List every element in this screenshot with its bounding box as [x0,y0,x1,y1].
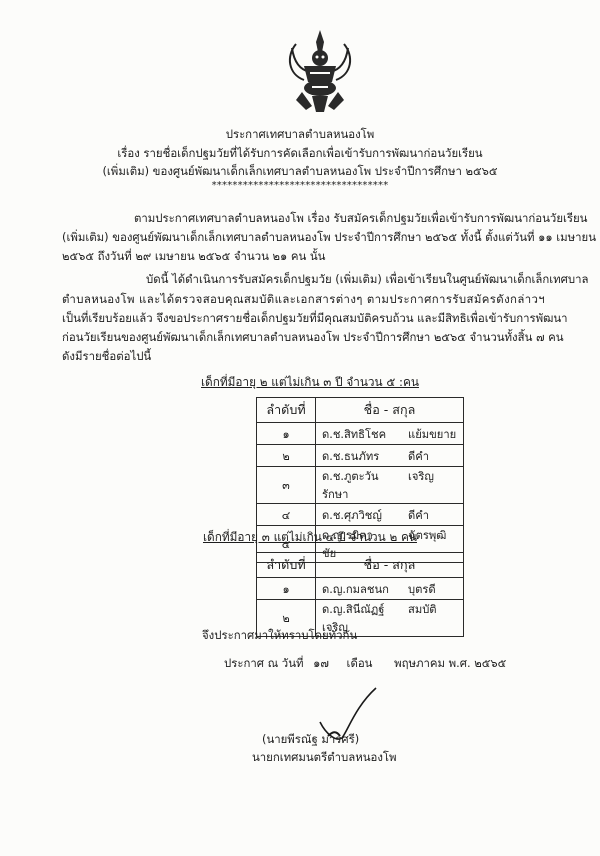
announce-date: ประกาศ ณ วันที่ ๑๗ เดือน พฤษภาคม พ.ศ. ๒๕… [224,655,506,673]
garuda-emblem-icon [282,26,358,116]
signer-name: (นายพีรณัฐ มารศรี) [262,731,359,749]
table-header-row: ลำดับที่ ชื่อ - สกุล [257,553,464,578]
para2-line-2: ตำบลหนองโพ และได้ตรวจสอบคุณสมบัติและเอกส… [62,291,545,309]
announcement-document: ประกาศเทศบาลตำบลหนองโพ เรื่อง รายชื่อเด็… [0,0,600,856]
para1-line-2: (เพิ่มเติม) ของศูนย์พัฒนาเด็กเล็กเทศบาลต… [62,229,596,247]
col-order-header: ลำดับที่ [257,398,316,423]
table-row: ๔ ด.ช.ศุภวิชญ์ดีคำ [257,504,464,526]
col-name-header: ชื่อ - สกุล [316,553,464,578]
para1-line-3: ๒๕๖๕ ถึงวันที่ ๒๙ เมษายน ๒๕๖๕ จำนวน ๒๑ ค… [62,248,325,266]
para2-line-1: บัดนี้ ได้ดำเนินการรับสมัครเด็กปฐมวัย (เ… [146,271,589,289]
subject-line-1: เรื่อง รายชื่อเด็กปฐมวัยที่ได้รับการคัดเ… [0,145,600,163]
subject-line-2: (เพิ่มเติม) ของศูนย์พัฒนาเด็กเล็กเทศบาลต… [0,163,600,181]
para2-line-5: ดังมีรายชื่อต่อไปนี้ [62,348,151,366]
closing-notice: จึงประกาศมาให้ทราบโดยทั่วกัน [202,627,357,645]
para2-line-4: ก่อนวัยเรียนของศูนย์พัฒนาเด็กเล็กเทศบาลต… [62,329,564,347]
issuer-title: ประกาศเทศบาลตำบลหนองโพ [0,126,600,144]
table-row: ๒ ด.ช.ธนภัทรดีคำ [257,445,464,467]
table-row: ๓ ด.ช.ภูตะวันเจริญรักษา [257,467,464,504]
col-order-header: ลำดับที่ [257,553,316,578]
signer-position: นายกเทศมนตรีตำบลหนองโพ [252,749,397,767]
group1-heading: เด็กที่มีอายุ ๒ แต่ไม่เกิน ๓ ปี จำนวน ๕ … [0,373,600,392]
table-header-row: ลำดับที่ ชื่อ - สกุล [257,398,464,423]
para2-line-3: เป็นที่เรียบร้อยแล้ว จึงขอประกาศรายชื่อเ… [62,310,568,328]
group2-heading: เด็กที่มีอายุ ๓ แต่ไม่เกิน ๔ ปี จำนวน ๒ … [0,528,600,547]
date-month-year: พฤษภาคม พ.ศ. ๒๕๖๕ [394,656,506,670]
separator-stars: ********************************** [0,180,600,191]
table-row: ๑ ด.ช.สิทธิโชคแย้มขยาย [257,423,464,445]
para1-line-1: ตามประกาศเทศบาลตำบลหนองโพ เรื่อง รับสมัค… [134,210,587,228]
col-name-header: ชื่อ - สกุล [316,398,464,423]
group2-table: ลำดับที่ ชื่อ - สกุล ๑ ด.ญ.กมลชนกบุตรดี … [256,552,464,637]
table-row: ๑ ด.ญ.กมลชนกบุตรดี [257,578,464,600]
date-day: ๑๗ [313,656,329,670]
